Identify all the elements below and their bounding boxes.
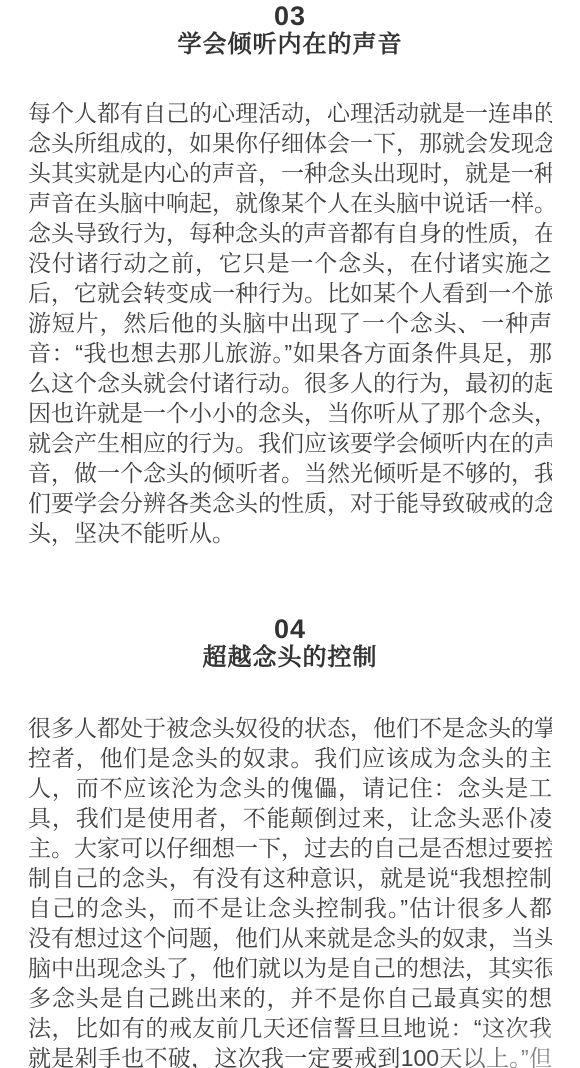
- text-line: 游短片，然后他的头脑中出现了一个念头、一种声: [28, 308, 552, 338]
- document-page: 03 学会倾听内在的声音 每个人都有自己的心理活动，心理活动就是一连串的 念头所…: [0, 0, 580, 1068]
- text-line: 们要学会分辨各类念头的性质，对于能导致破戒的念: [28, 488, 552, 518]
- section-number: 03: [28, 2, 552, 30]
- text-line: 法，比如有的戒友前几天还信誓旦旦地说：“这次我: [28, 1013, 552, 1043]
- text-line: 每个人都有自己的心理活动，心理活动就是一连串的: [28, 98, 552, 128]
- text-line: 制自己的念头，有没有这种意识，就是说“我想控制: [28, 863, 552, 893]
- section-title: 超越念头的控制: [28, 644, 552, 671]
- text-line: 很多人都处于被念头奴役的状态，他们不是念头的掌: [28, 713, 552, 743]
- section-title: 学会倾听内在的声音: [28, 31, 552, 58]
- text-line: 没付诸行动之前，它只是一个念头，在付诸实施之: [28, 248, 552, 278]
- section-04-heading: 04 超越念头的控制: [28, 615, 552, 671]
- section-number: 04: [28, 615, 552, 643]
- text-line: 就会产生相应的行为。我们应该要学会倾听内在的声: [28, 428, 552, 458]
- text-line: 后，它就会转变成一种行为。比如某个人看到一个旅: [28, 278, 552, 308]
- text-line: 音，做一个念头的倾听者。当然光倾听是不够的，我: [28, 458, 552, 488]
- text-line: 就是剁手也不破，这次我一定要戒到100天以上。”但: [28, 1043, 552, 1068]
- text-line: 多念头是自己跳出来的，并不是你自己最真实的想: [28, 983, 552, 1013]
- text-line: 脑中出现念头了，他们就以为是自己的想法，其实很: [28, 953, 552, 983]
- text-line: 音：“我也想去那儿旅游。”如果各方面条件具足，那: [28, 338, 552, 368]
- text-line: 具，我们是使用者，不能颠倒过来，让念头恶仆凌: [28, 803, 552, 833]
- text-line: 声音在头脑中响起，就像某个人在头脑中说话一样。: [28, 188, 552, 218]
- section-03-heading: 03 学会倾听内在的声音: [28, 2, 552, 58]
- text-line: 念头所组成的，如果你仔细体会一下，那就会发现念: [28, 128, 552, 158]
- text-line: 没有想过这个问题，他们从来就是念头的奴隶，当头: [28, 923, 552, 953]
- text-line: 人，而不应该沦为念头的傀儡，请记住：念头是工: [28, 773, 552, 803]
- text-line: 头其实就是内心的声音，一种念头出现时，就是一种: [28, 158, 552, 188]
- section-04-paragraph: 很多人都处于被念头奴役的状态，他们不是念头的掌 控者，他们是念头的奴隶。我们应该…: [28, 713, 552, 1068]
- text-line: 念头导致行为，每种念头的声音都有自身的性质，在: [28, 218, 552, 248]
- text-line: 控者，他们是念头的奴隶。我们应该成为念头的主: [28, 743, 552, 773]
- section-03: 03 学会倾听内在的声音 每个人都有自己的心理活动，心理活动就是一连串的 念头所…: [28, 2, 552, 548]
- section-04: 04 超越念头的控制 很多人都处于被念头奴役的状态，他们不是念头的掌 控者，他们…: [28, 615, 552, 1068]
- text-line: 主。大家可以仔细想一下，过去的自己是否想过要控: [28, 833, 552, 863]
- text-line: 头，坚决不能听从。: [28, 518, 552, 548]
- section-03-paragraph: 每个人都有自己的心理活动，心理活动就是一连串的 念头所组成的，如果你仔细体会一下…: [28, 98, 552, 548]
- text-line: 么这个念头就会付诸行动。很多人的行为，最初的起: [28, 368, 552, 398]
- text-line: 因也许就是一个小小的念头，当你听从了那个念头，: [28, 398, 552, 428]
- text-line: 自己的念头，而不是让念头控制我。”估计很多人都: [28, 893, 552, 923]
